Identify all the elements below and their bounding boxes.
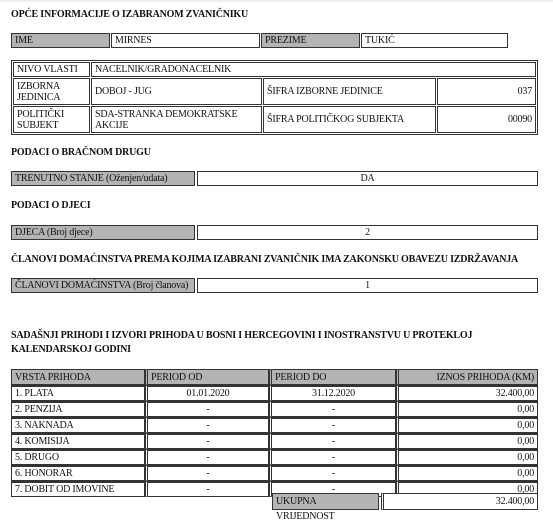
col-header-amount: IZNOS PRIHODA (KM)	[396, 369, 538, 385]
income-to: 31.12.2020	[269, 385, 396, 401]
income-from: -	[145, 449, 269, 465]
table-row: 4. KOMISIJA - - 0,00	[11, 433, 538, 449]
official-info-table: NIVO VLASTI NACELNIK/GRADONACELNIK IZBOR…	[11, 60, 538, 135]
income-amount: 0,00	[396, 401, 538, 417]
income-type: 2. PENZIJA	[11, 401, 145, 417]
income-to: -	[269, 417, 396, 433]
first-name-label: IME	[11, 33, 110, 48]
income-from: -	[145, 465, 269, 481]
col-header-to: PERIOD DO	[269, 369, 396, 385]
unit-value: DOBOJ - JUG	[91, 78, 262, 105]
party-code-value: 00090	[437, 106, 536, 133]
income-to: -	[269, 449, 396, 465]
first-name-value: MIRNES	[111, 33, 260, 48]
income-from: -	[145, 401, 269, 417]
income-type: 5. DRUGO	[11, 449, 145, 465]
table-row: 1. PLATA 01.01.2020 31.12.2020 32.400,00	[11, 385, 538, 401]
income-amount: 32.400,00	[396, 385, 538, 401]
household-count-label: ČLANOVI DOMAĆINSTVA (Broj članova)	[11, 278, 195, 293]
page-top-shadow	[0, 0, 553, 3]
section-title-household: ČLANOVI DOMAĆINSTVA PREMA KOJIMA IZABRAN…	[11, 254, 518, 265]
spouse-status-label: TRENUTNO STANJE (Oženjen/udata)	[11, 171, 195, 186]
children-count-value: 2	[197, 225, 538, 240]
total-label: UKUPNA VRIJEDNOST	[272, 493, 379, 510]
income-to: -	[269, 433, 396, 449]
income-amount: 0,00	[396, 449, 538, 465]
income-amount: 0,00	[396, 417, 538, 433]
table-row: 2. PENZIJA - - 0,00	[11, 401, 538, 417]
children-count-label: DJECA (Broj djece)	[11, 225, 195, 240]
income-type: 6. HONORAR	[11, 465, 145, 481]
income-type: 4. KOMISIJA	[11, 433, 145, 449]
section-title-income-line1: SADAŠNJI PRIHODI I IZVORI PRIHODA U BOSN…	[11, 330, 472, 341]
col-header-type: VRSTA PRIHODA	[11, 369, 145, 385]
section-title-general: OPĆE INFORMACIJE O IZABRANOM ZVANIČNIKU	[11, 9, 248, 20]
level-label: NIVO VLASTI	[13, 62, 90, 77]
total-value: 32.400,00	[381, 493, 538, 510]
table-row: 6. HONORAR - - 0,00	[11, 465, 538, 481]
household-count-value: 1	[197, 278, 538, 293]
income-to: -	[269, 465, 396, 481]
income-amount: 0,00	[396, 465, 538, 481]
section-title-spouse: PODACI O BRAČNOM DRUGU	[11, 147, 151, 158]
party-label: POLITIČKI SUBJEKT	[13, 106, 90, 133]
unit-code-value: 037	[437, 78, 536, 105]
income-from: -	[145, 433, 269, 449]
spouse-status-value: DA	[197, 171, 538, 186]
income-from: -	[145, 481, 269, 497]
section-title-income-line2: KALENDARSKOJ GODINI	[11, 344, 131, 355]
table-row: 3. NAKNADA - - 0,00	[11, 417, 538, 433]
col-header-from: PERIOD OD	[145, 369, 269, 385]
last-name-label: PREZIME	[261, 33, 360, 48]
section-title-children: PODACI O DJECI	[11, 200, 90, 211]
party-code-label: ŠIFRA POLITIČKOG SUBJEKTA	[263, 106, 436, 133]
income-table: VRSTA PRIHODA PERIOD OD PERIOD DO IZNOS …	[11, 369, 538, 497]
income-table-header: VRSTA PRIHODA PERIOD OD PERIOD DO IZNOS …	[11, 369, 538, 385]
income-from: -	[145, 417, 269, 433]
income-amount: 0,00	[396, 433, 538, 449]
party-value: SDA-STRANKA DEMOKRATSKE AKCIJE	[91, 106, 262, 133]
income-type: 7. DOBIT OD IMOVINE	[11, 481, 145, 497]
table-row: 5. DRUGO - - 0,00	[11, 449, 538, 465]
level-value: NACELNIK/GRADONACELNIK	[91, 62, 536, 77]
last-name-value: TUKIĆ	[361, 33, 508, 48]
income-from: 01.01.2020	[145, 385, 269, 401]
income-to: -	[269, 401, 396, 417]
unit-code-label: ŠIFRA IZBORNE JEDINICE	[263, 78, 436, 105]
income-type: 1. PLATA	[11, 385, 145, 401]
income-type: 3. NAKNADA	[11, 417, 145, 433]
unit-label: IZBORNA JEDINICA	[13, 78, 90, 105]
